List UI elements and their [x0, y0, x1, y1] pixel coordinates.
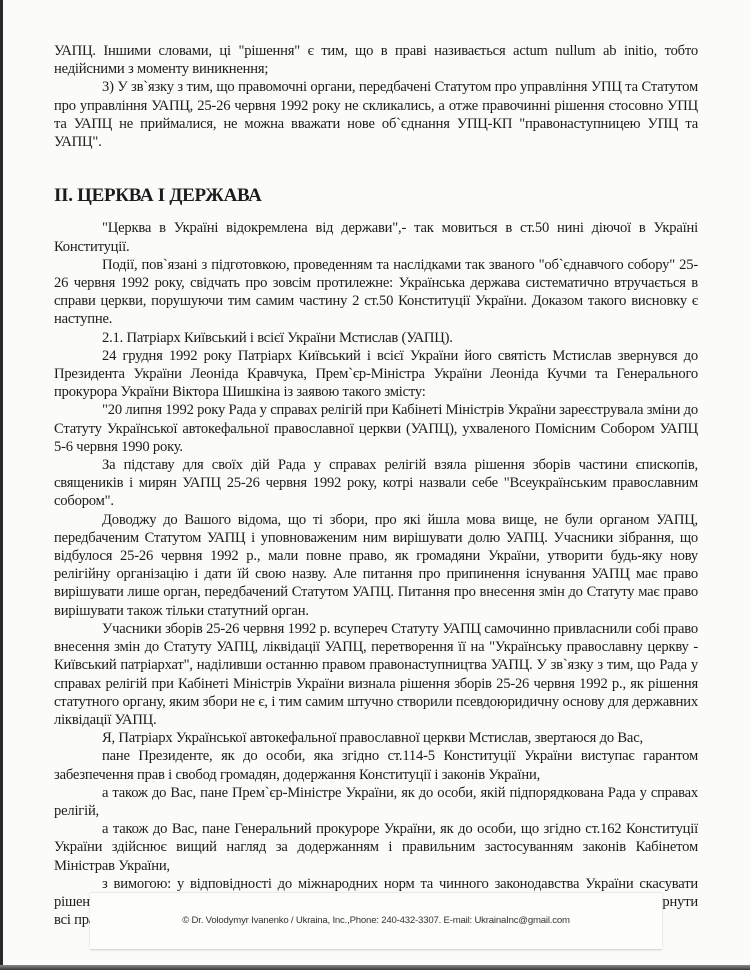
footer-copyright: © Dr. Volodymyr Ivanenko / Ukraina, Inc.… — [90, 915, 662, 926]
paragraph-quote: а також до Вас, пане Генеральний прокуро… — [54, 820, 698, 875]
paragraph-quote: Учасники зборів 25-26 червня 1992 р. всу… — [54, 620, 698, 729]
scan-bottom-edge — [0, 965, 750, 970]
paragraph-quote: а також до Вас, пане Прем`єр-Міністре Ук… — [54, 784, 698, 820]
paragraph-continuation: УАПЦ. Іншими словами, ці "рішення" є тим… — [54, 42, 698, 78]
paragraph-point-3: 3) У зв`язку з тим, що правомочні органи… — [54, 78, 698, 151]
scan-left-edge — [0, 0, 3, 970]
paragraph: 24 грудня 1992 року Патріарх Київський і… — [54, 347, 698, 402]
paragraph: Події, пов`язані з підготовкою, проведен… — [54, 256, 698, 329]
paragraph-quote: Доводжу до Вашого відома, що ті збори, п… — [54, 511, 698, 620]
paragraph: "Церква в Україні відокремлена від держа… — [54, 219, 698, 255]
document-page: УАПЦ. Іншими словами, ці "рішення" є тим… — [54, 42, 698, 929]
paragraph-quote: "20 липня 1992 року Рада у справах реліг… — [54, 401, 698, 456]
subsection-heading: 2.1. Патріарх Київський і всієї України … — [54, 329, 698, 347]
paragraph-quote: пане Президенте, як до особи, яка згідно… — [54, 747, 698, 783]
paragraph-quote: Я, Патріарх Української автокефальної пр… — [54, 729, 698, 747]
paragraph-quote: За підставу для своїх дій Рада у справах… — [54, 456, 698, 511]
footer-box: © Dr. Volodymyr Ivanenko / Ukraina, Inc.… — [90, 892, 662, 949]
section-title: ІІ. ЦЕРКВА І ДЕРЖАВА — [54, 187, 698, 205]
